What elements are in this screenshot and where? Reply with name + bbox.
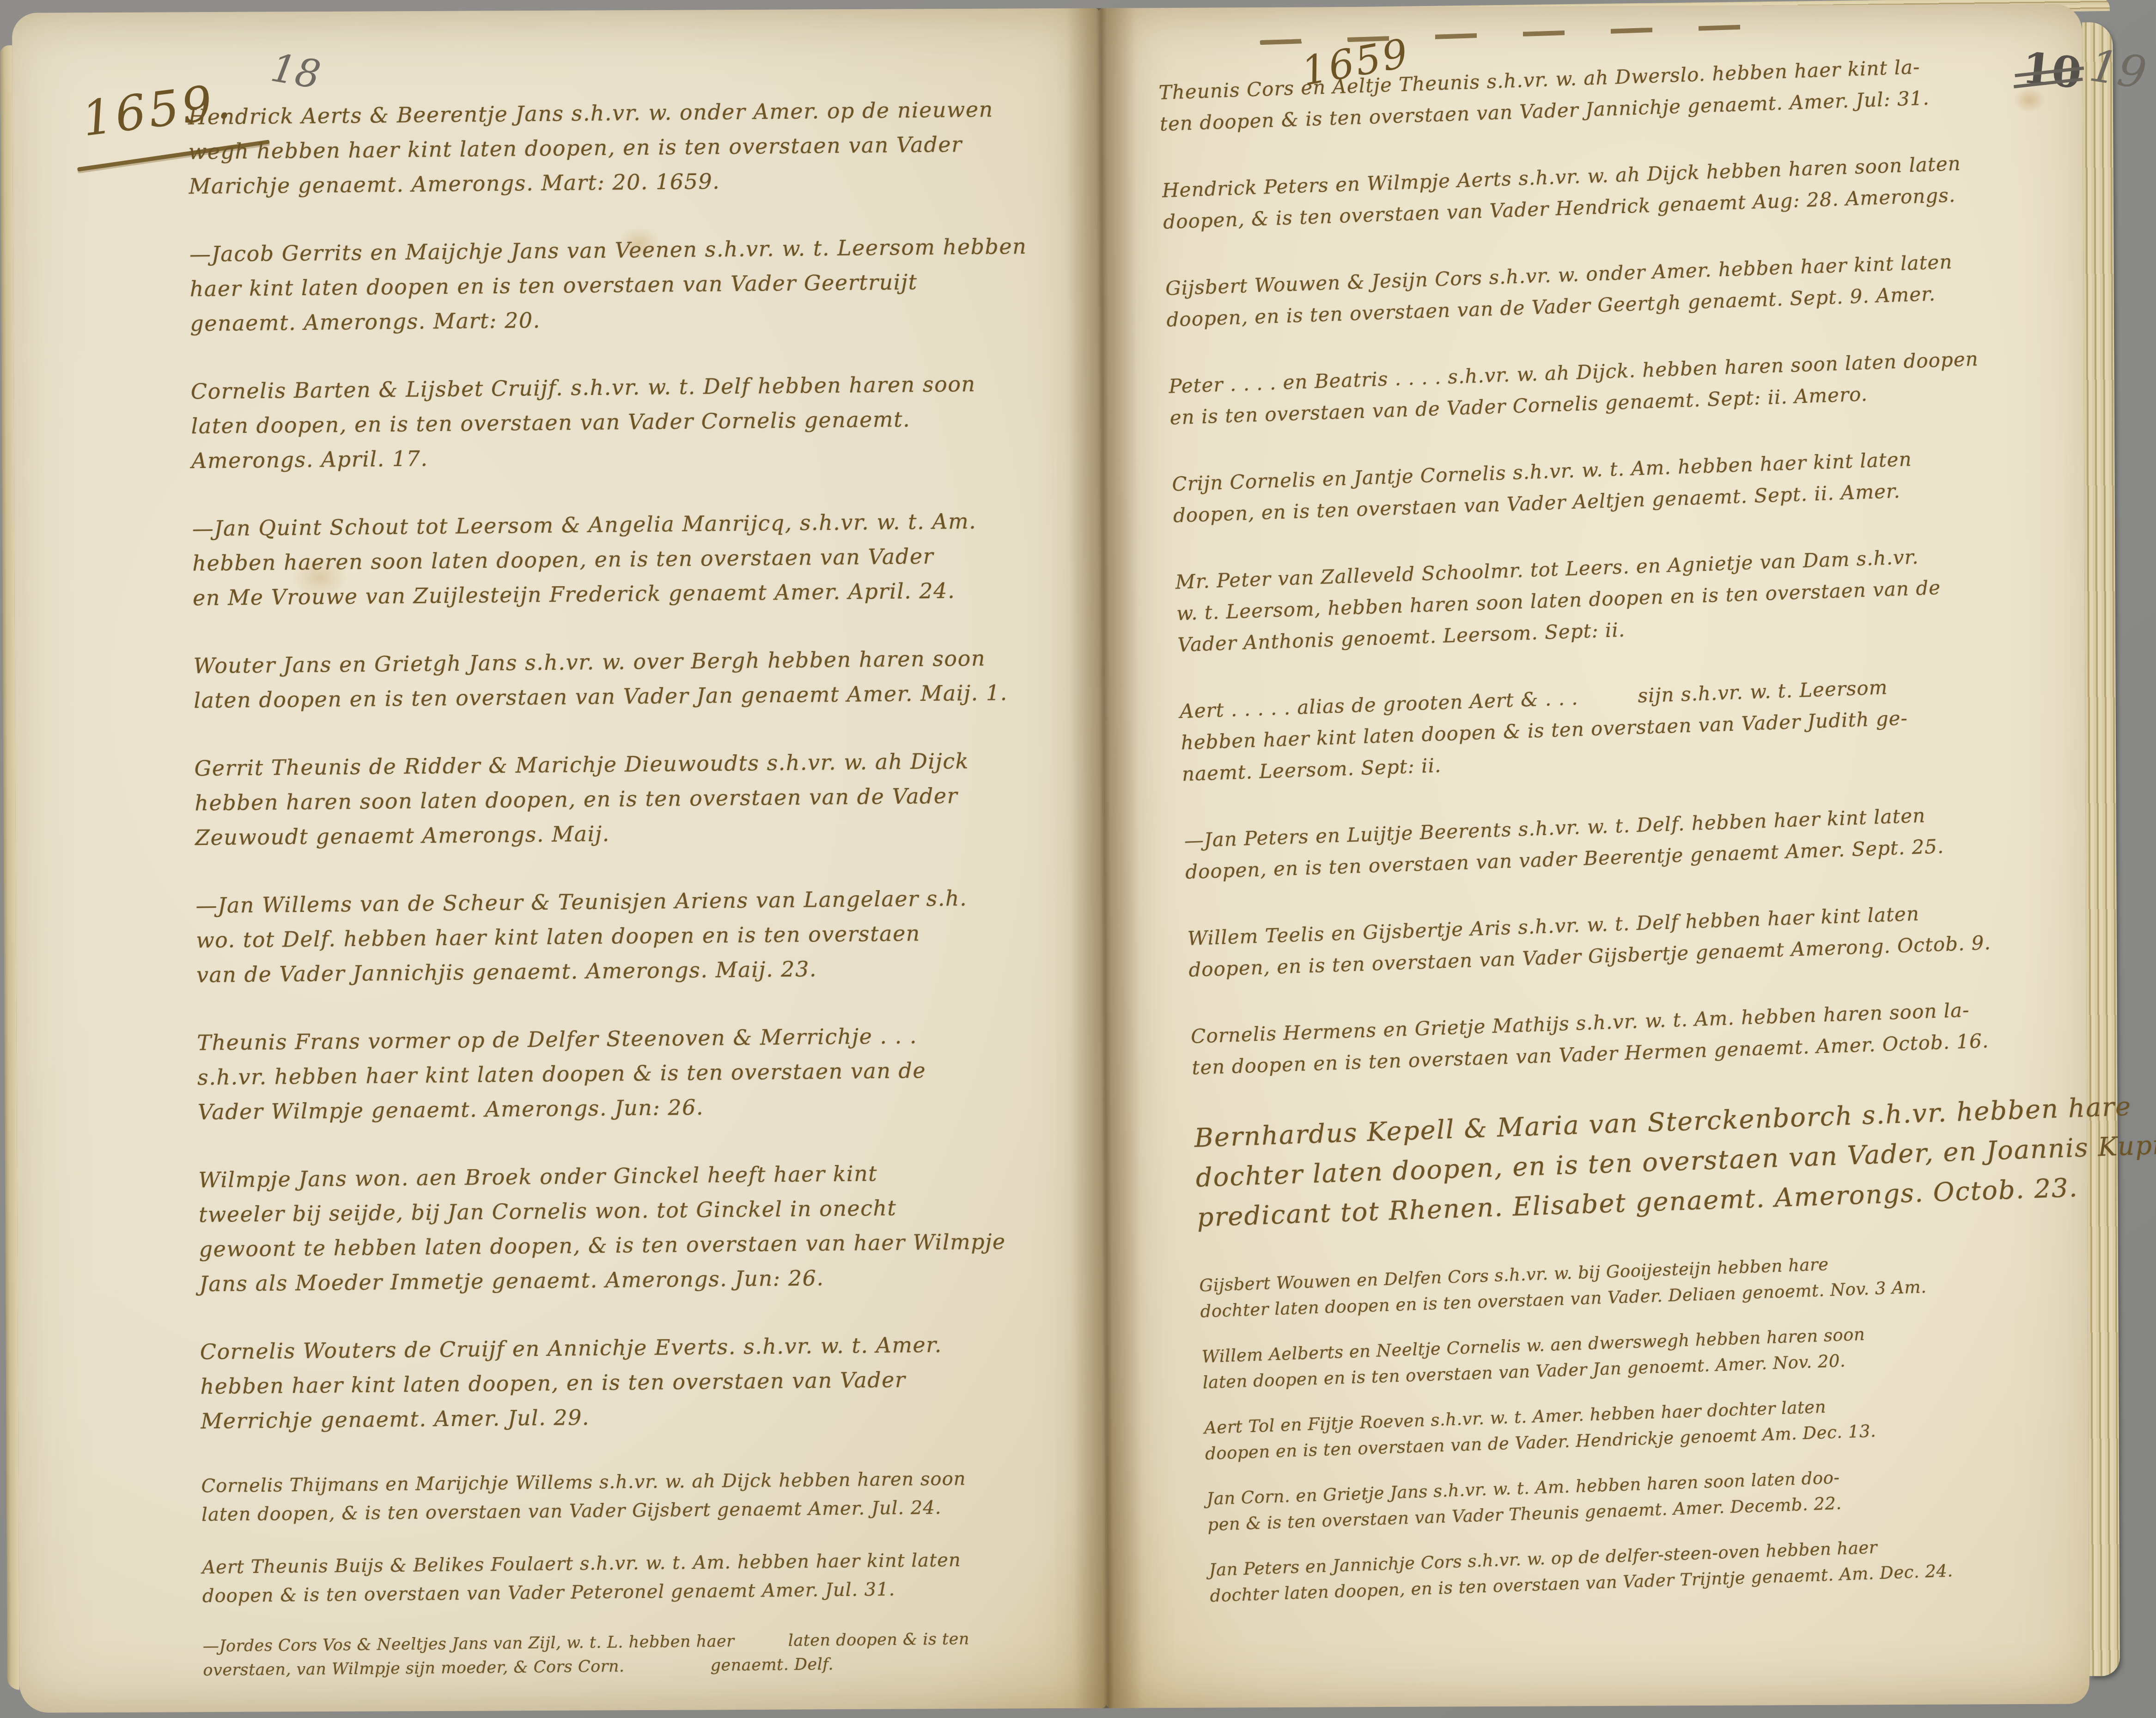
right-folio-number: 19 xyxy=(2086,39,2150,99)
baptism-entry: Bernhardus Kepell & Maria van Sterckenbo… xyxy=(1194,1087,2112,1238)
baptism-entry: Aert Theunis Buijs & Belikes Foulaert s.… xyxy=(202,1545,1085,1610)
baptism-entry: Gijsbert Wouwen en Delfen Cors s.h.vr. w… xyxy=(1199,1242,2115,1324)
baptism-entry: Peter . . . . en Beatris . . . . s.h.vr.… xyxy=(1168,340,2084,433)
left-folio-number: 18 xyxy=(268,45,324,98)
baptism-entry: Gerrit Theunis de Ridder & Marichje Dieu… xyxy=(194,743,1078,855)
baptism-entry: Jan Peters en Jannichje Cors s.h.vr. w. … xyxy=(1209,1526,2125,1609)
baptism-entry: Theunis Frans vormer op de Delfer Steeno… xyxy=(197,1017,1080,1129)
baptism-entry: Cornelis Hermens en Grietje Mathijs s.h.… xyxy=(1190,990,2107,1084)
baptism-entry: Hendrick Aerts & Beerentje Jans s.h.vr. … xyxy=(188,91,1072,204)
baptism-entry: Crijn Cornelis en Jantje Cornelis s.h.vr… xyxy=(1171,437,2088,531)
baptism-entry: —Jan Willems van de Scheur & Teunisjen A… xyxy=(195,880,1079,992)
baptism-entry: Mr. Peter van Zalleveld Schoolmr. tot Le… xyxy=(1175,535,2093,661)
baptism-entry: Wilmpje Jans won. aen Broek onder Gincke… xyxy=(198,1154,1082,1301)
baptism-entry: —Jordes Cors Vos & Neeltjes Jans van Zij… xyxy=(203,1626,1086,1682)
left-page-entries: Hendrick Aerts & Beerentje Jans s.h.vr. … xyxy=(188,91,1086,1682)
baptism-entry: Hendrick Peters en Wilmpje Aerts s.h.vr.… xyxy=(1162,144,2078,238)
right-page-entries: Theunis Cors en Aeltje Theunis s.h.vr. w… xyxy=(1158,46,2126,1628)
baptism-entry: Jan Corn. en Grietje Jans s.h.vr. w. t. … xyxy=(1206,1455,2122,1538)
baptism-entry: Aert . . . . . alias de grooten Aert & .… xyxy=(1179,665,2097,790)
baptism-entry: Willem Teelis en Gijsbertje Aris s.h.vr.… xyxy=(1187,892,2103,986)
manuscript-photo: 1659. 18 1659 10 19 Hendrick Aerts & Bee… xyxy=(0,0,2156,1718)
baptism-entry: Gijsbert Wouwen & Jesijn Cors s.h.vr. w.… xyxy=(1165,242,2081,335)
baptism-entry: Aert Tol en Fijtje Roeven s.h.vr. w. t. … xyxy=(1204,1384,2120,1467)
baptism-entry: Wouter Jans en Grietgh Jans s.h.vr. w. o… xyxy=(193,640,1076,718)
baptism-entry: Cornelis Barten & Lijsbet Cruijf. s.h.vr… xyxy=(191,366,1074,478)
baptism-entry: Cornelis Thijmans en Marijchje Willems s… xyxy=(201,1463,1084,1529)
open-register-book: 1659. 18 1659 10 19 Hendrick Aerts & Bee… xyxy=(12,4,2120,1713)
baptism-entry: Cornelis Wouters de Cruijf en Annichje E… xyxy=(200,1326,1083,1439)
baptism-entry: —Jan Peters en Luijtje Beerents s.h.vr. … xyxy=(1184,794,2100,888)
baptism-entry: —Jacob Gerrits en Maijchje Jans van Veen… xyxy=(189,229,1073,341)
baptism-entry: Willem Aelberts en Neeltje Cornelis w. a… xyxy=(1201,1313,2118,1396)
baptism-entry: —Jan Quint Schout tot Leersom & Angelia … xyxy=(192,503,1075,615)
